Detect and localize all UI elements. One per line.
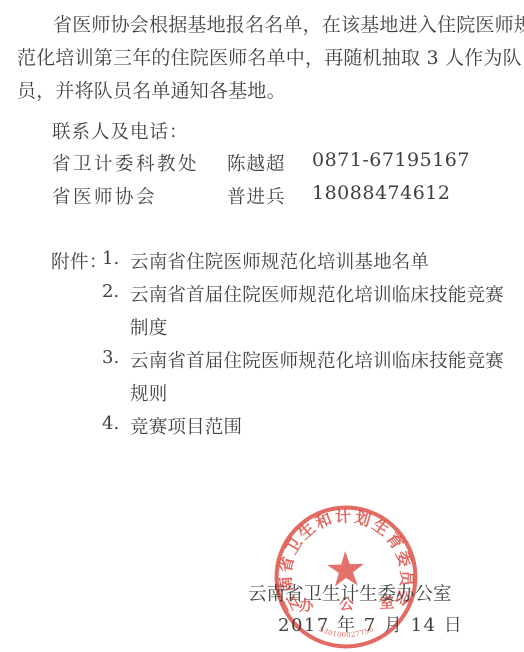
body-paragraph: 省医师协会根据基地报名名单，在该基地进入住院医师规 范化培训第三年的住院医师名单… (17, 9, 513, 108)
attachment-title-continuation: 制度 (130, 314, 167, 340)
contact-org: 省卫计委科教处 (52, 150, 199, 176)
paragraph-line: 员，并将队员名单通知各基地。 (17, 75, 513, 108)
attachment-number: 3. (102, 347, 119, 368)
contact-name: 陈越超 (227, 150, 286, 176)
attachment-title: 云南省首届住院医师规范化培训临床技能竞赛 (130, 347, 504, 373)
attachment-title: 云南省首届住院医师规范化培训临床技能竞赛 (130, 281, 504, 307)
attachment-title-continuation: 规则 (130, 380, 167, 406)
contact-phone: 0871-67195167 (312, 149, 470, 171)
contact-org: 省医师协会 (52, 183, 157, 209)
attachment-title: 云南省住院医师规范化培训基地名单 (130, 248, 429, 274)
attachments-label: 附件： (51, 248, 108, 274)
contact-phone: 18088474612 (312, 182, 450, 204)
document-page: 省医师协会根据基地报名名单，在该基地进入住院医师规 范化培训第三年的住院医师名单… (0, 0, 524, 652)
paragraph-line: 省医师协会根据基地报名名单，在该基地进入住院医师规 (17, 9, 513, 42)
attachment-number: 1. (102, 248, 119, 269)
attachment-number: 4. (102, 413, 119, 434)
contact-heading: 联系人及电话： (52, 118, 189, 144)
contact-name: 普进兵 (227, 183, 286, 209)
document-date: 2017 年 7 月 14 日 (278, 611, 463, 637)
attachment-title: 竞赛项目范围 (130, 413, 242, 439)
paragraph-line: 范化培训第三年的住院医师名单中，再随机抽取 3 人作为队 (17, 42, 513, 75)
attachment-number: 2. (102, 281, 119, 302)
issuing-office-signature: 云南省卫生计生委办公室 (248, 580, 452, 606)
